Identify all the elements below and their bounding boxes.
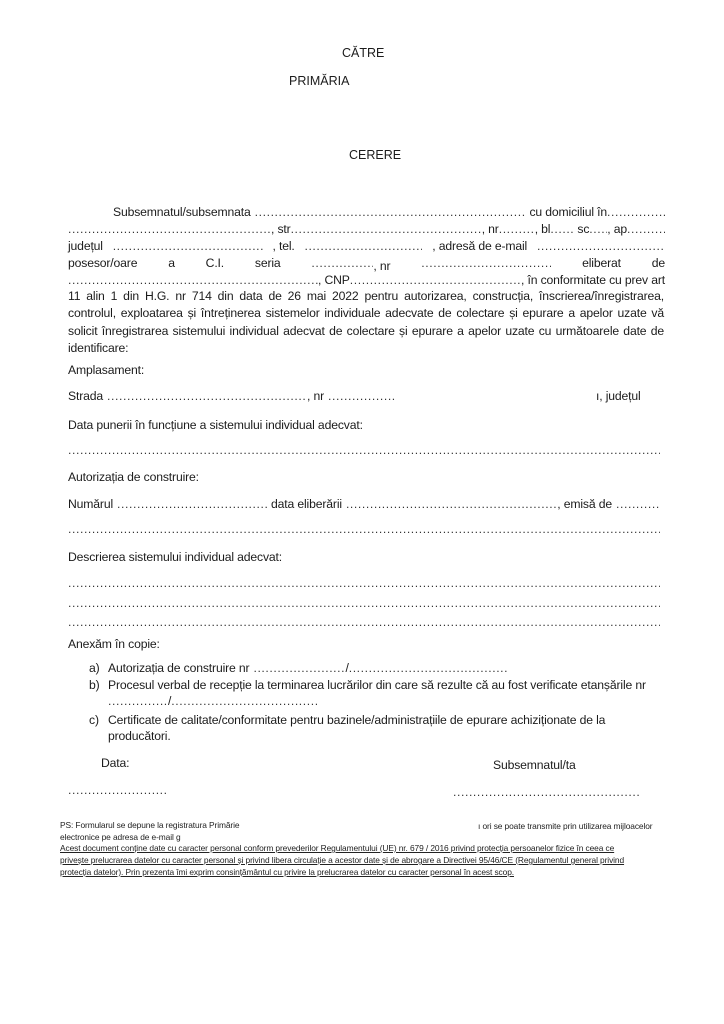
- label-str: , str: [271, 222, 291, 236]
- field-localitate[interactable]: ........................................…: [68, 222, 271, 236]
- date-label: Data:: [101, 756, 129, 770]
- label-eliberat: eliberat: [582, 256, 621, 273]
- label-amplasament-nr: , nr: [307, 389, 324, 403]
- field-cnp[interactable]: ........................................…: [350, 273, 521, 287]
- applicant-line-5: ........................................…: [68, 273, 665, 287]
- annex-b-fields: .............................. / .......…: [108, 694, 317, 708]
- label-a: a: [168, 256, 175, 273]
- header-recipient: PRIMĂRIA: [289, 74, 349, 88]
- label-amplasament-judet: ı, județul: [596, 389, 641, 403]
- footer-ps-left: PS: Formularul se depune la registratura…: [60, 820, 239, 830]
- field-description-1[interactable]: ........................................…: [68, 576, 660, 590]
- field-permit-number[interactable]: ........................................…: [117, 497, 267, 511]
- annex-c-text: Certificate de calitate/conformitate pen…: [108, 713, 605, 727]
- applicant-line-3: județul ................................…: [68, 239, 665, 253]
- field-permit-date[interactable]: ........................................…: [346, 497, 557, 511]
- label-emisa-de: , emisă de: [557, 497, 612, 511]
- field-signature[interactable]: ........................................…: [453, 785, 639, 799]
- applicant-line-2: ........................................…: [68, 222, 665, 236]
- label-de: de: [652, 256, 665, 273]
- footer-ps-right: ı ori se poate transmite prin utilizarea…: [478, 821, 652, 831]
- field-commissioning-date[interactable]: ........................................…: [68, 443, 660, 457]
- field-sc[interactable]: ..........: [589, 222, 607, 236]
- request-body: 11 alin 1 din H.G. nr 714 din data de 26…: [68, 288, 664, 357]
- annex-b-marker: b): [89, 678, 100, 692]
- field-tel[interactable]: ........................................…: [304, 239, 422, 253]
- label-subsemnatul: Subsemnatul/subsemnata: [113, 205, 251, 219]
- label-sc: sc: [577, 222, 589, 236]
- field-bl[interactable]: ..............: [550, 222, 574, 236]
- annex-c-text-2: producători.: [108, 729, 171, 743]
- label-conformitate: , în conformitate cu prev art: [521, 273, 665, 287]
- field-name[interactable]: ........................................…: [255, 205, 526, 219]
- field-email[interactable]: ........................................…: [537, 239, 665, 253]
- label-nr: , nr: [482, 222, 499, 236]
- footer-ps-line2: electronice pe adresa de e-mail g: [60, 832, 181, 842]
- field-judet[interactable]: ........................................…: [113, 239, 263, 253]
- location-heading: Amplasament:: [68, 363, 144, 377]
- document-title: CERERE: [349, 148, 401, 162]
- field-description-2[interactable]: ........................................…: [68, 596, 660, 610]
- signer-label: Subsemnatul/ta: [493, 758, 576, 772]
- field-permit-issuer[interactable]: ......................: [616, 497, 660, 511]
- field-annex-a-date[interactable]: ........................................…: [349, 661, 509, 675]
- label-tel: , tel.: [273, 239, 295, 253]
- permit-heading: Autorizația de construire:: [68, 470, 199, 484]
- label-posesor: posesor/oare: [68, 256, 137, 273]
- field-nr[interactable]: ....................: [499, 222, 535, 236]
- footer-gdpr-line-2: privește prelucrarea datelor cu caracter…: [60, 855, 624, 865]
- annex-c-marker: c): [89, 713, 99, 727]
- label-judet: județul: [68, 239, 103, 253]
- header-to: CĂTRE: [342, 46, 384, 60]
- annexes-heading: Anexăm în copie:: [68, 637, 160, 651]
- label-seria: seria: [255, 256, 281, 273]
- applicant-line-4: posesor/oare a C.I. seria ..............…: [68, 256, 665, 273]
- applicant-line-1: Subsemnatul/subsemnata .................…: [113, 205, 665, 219]
- label-data-eliberarii: data eliberării: [271, 497, 342, 511]
- field-annex-b-date[interactable]: ........................................…: [171, 694, 317, 708]
- label-numar: Numărul: [68, 497, 113, 511]
- location-line: Strada .................................…: [68, 389, 641, 403]
- field-strada[interactable]: ........................................…: [291, 222, 482, 236]
- label-ci: C.I.: [206, 256, 224, 273]
- annex-a-text: Autorizația de construire nr: [108, 661, 249, 675]
- commissioning-heading: Data punerii în funcțiune a sistemului i…: [68, 418, 363, 432]
- field-domiciliu[interactable]: ..............................: [607, 205, 665, 219]
- label-bl: , bl: [535, 222, 551, 236]
- field-annex-b-nr[interactable]: ..............................: [108, 694, 168, 708]
- annex-b-text: Procesul verbal de recepție la terminare…: [108, 678, 646, 692]
- label-ci-nr: , nr: [373, 259, 390, 273]
- footer-gdpr-line-3: protecția datelor). Prin prezenta îmi ex…: [60, 867, 514, 877]
- field-seria[interactable]: ..................................: [311, 256, 373, 270]
- annex-a: Autorizația de construire nr ...........…: [108, 661, 509, 675]
- permit-line: Numărul ................................…: [68, 497, 660, 511]
- field-amplasament-nr[interactable]: ..................................: [328, 389, 396, 403]
- field-ci-nr[interactable]: ........................................…: [421, 256, 551, 273]
- field-date[interactable]: ........................................…: [68, 783, 168, 797]
- label-cnp: , CNP: [318, 273, 350, 287]
- description-heading: Descrierea sistemului individual adecvat…: [68, 550, 282, 564]
- field-eliberat-de[interactable]: ........................................…: [68, 273, 318, 287]
- field-permit-issuer-cont[interactable]: ........................................…: [68, 522, 660, 536]
- field-ap[interactable]: ......................: [627, 222, 665, 236]
- label-email: , adresă de e-mail: [432, 239, 527, 253]
- field-description-3[interactable]: ........................................…: [68, 615, 660, 629]
- annex-a-marker: a): [89, 661, 100, 675]
- label-ap: , ap: [607, 222, 627, 236]
- field-amplasament-strada[interactable]: ........................................…: [107, 389, 307, 403]
- label-strada: Strada: [68, 389, 103, 403]
- field-annex-a-nr[interactable]: ........................................: [253, 661, 345, 675]
- footer-gdpr-line-1: Acest document conține date cu caracter …: [60, 843, 614, 853]
- label-domiciliu: cu domiciliul în: [529, 205, 607, 219]
